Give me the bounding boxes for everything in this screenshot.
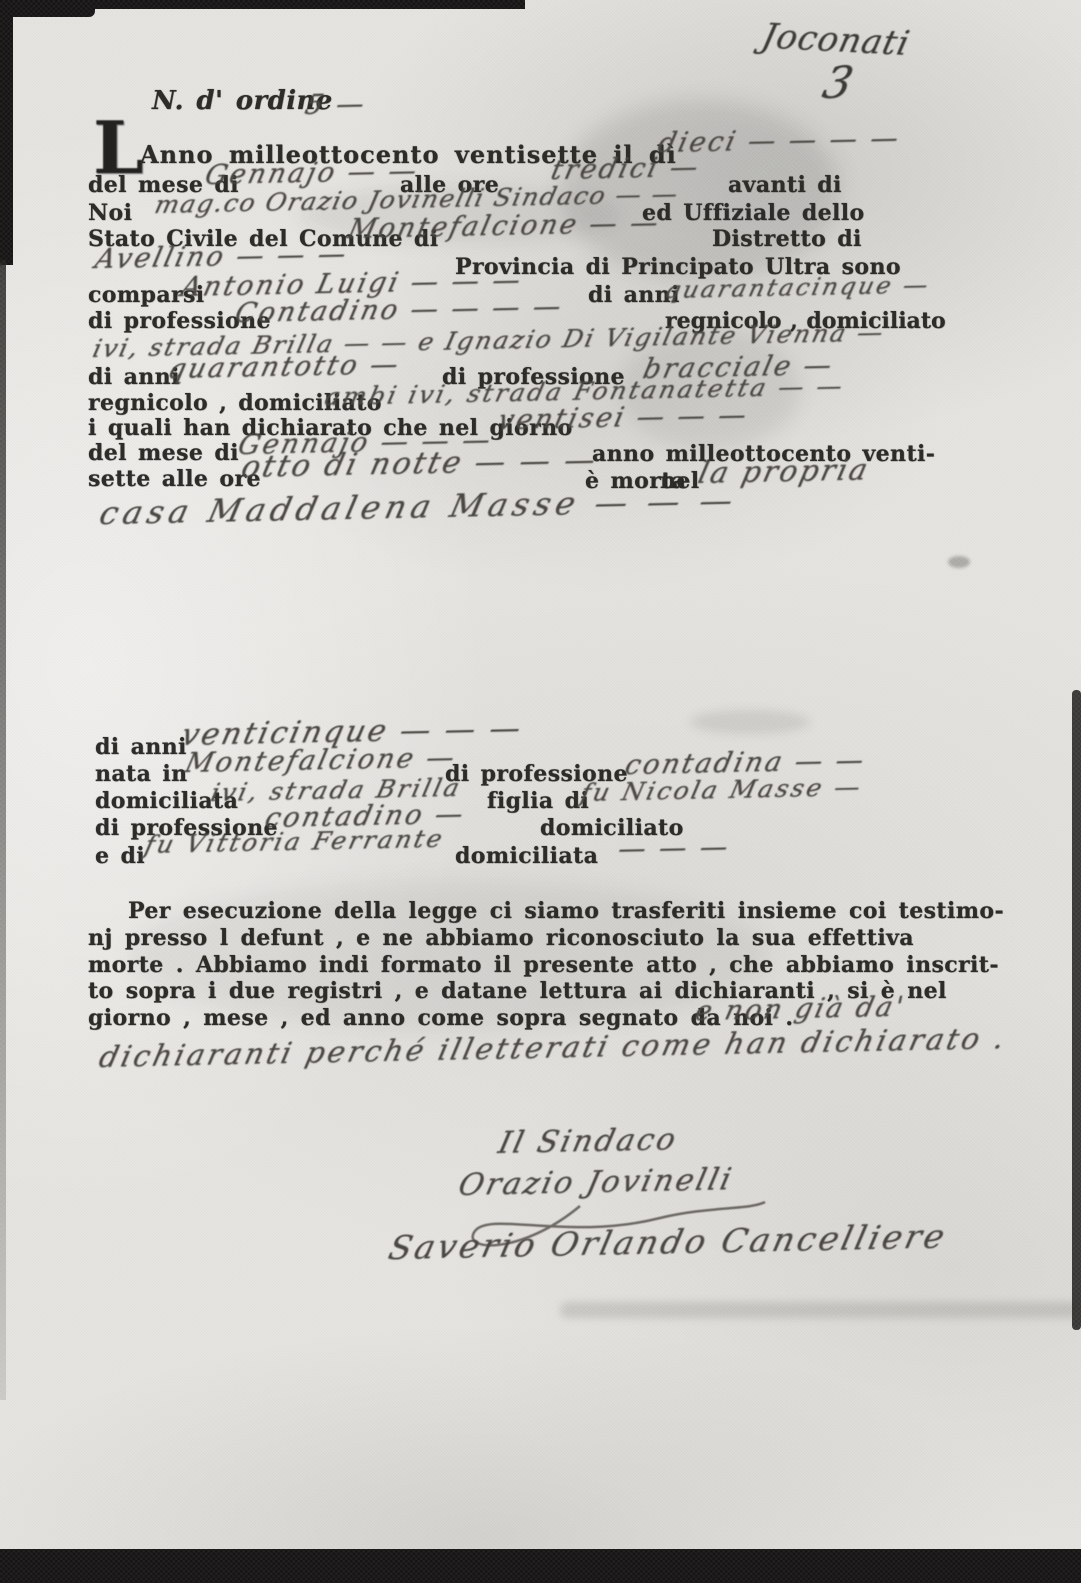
ink-stain	[690, 710, 810, 734]
corner-annotation-page-number: 3	[818, 57, 860, 109]
act-line3-uffiziale: ed Uffiziale dello	[642, 200, 865, 226]
ink-stain	[560, 1302, 1080, 1318]
death-record-scan-page: Joconati 3 N. d' ordine 5 — L Anno mille…	[0, 0, 1081, 1583]
scan-edge-left	[0, 0, 13, 265]
ink-stain	[948, 556, 970, 568]
scan-edge-right	[1072, 690, 1081, 1330]
signature-mayor: Orazio Jovinelli	[455, 1162, 737, 1203]
act-line3-noi-label: Noi	[88, 200, 132, 226]
act-line13-sette-ore: sette alle ore	[88, 466, 261, 492]
closing-handwritten-addition: e non già da'	[692, 992, 908, 1027]
signature-title-sindaco: Il Sindaco	[495, 1122, 681, 1161]
act-line2-avanti: avanti di	[728, 172, 842, 198]
act-line13-deathhour-handwritten: otto di notte — — —	[238, 443, 601, 485]
act-line4-distretto: Distretto di	[712, 226, 862, 252]
closing-paragraph-line3: morte . Abbiamo indi formato il presente…	[88, 952, 999, 978]
closing-paragraph-line2: nj presso l defunt , e ne abbiamo ricono…	[88, 925, 914, 951]
act-line9-age2-handwritten: quarantotto —	[165, 349, 404, 385]
act-line6-age1-handwritten: quarantacinque —	[662, 270, 933, 304]
deceased-mother-handwritten: fu Vittoria Ferrante	[142, 824, 447, 859]
corner-annotation-name: Joconati	[758, 16, 914, 64]
scan-edge-bottom	[0, 1549, 1081, 1583]
closing-paragraph-line1: Per esecuzione della legge ci siamo tras…	[128, 898, 1004, 924]
act-line4-comune-handwritten: Montefalcione — —	[345, 208, 664, 245]
deceased-edi-label: e di	[95, 843, 145, 869]
deceased-mother-dashes-handwritten: — — —	[615, 832, 733, 865]
deceased-figlia-label: figlia di	[487, 788, 589, 814]
act-line11-deathday-handwritten: ventisei — — —	[495, 400, 752, 436]
scan-edge-top-left-blob	[0, 0, 95, 17]
signature-chancellor: Saverio Orlando Cancelliere	[385, 1216, 951, 1267]
act-line7-profession1-handwritten: Contadino — — — —	[232, 291, 566, 329]
scan-edge-left-lower	[0, 260, 6, 1400]
deceased-anni-label: di anni	[95, 734, 187, 760]
deceased-nata-label: nata in	[95, 761, 187, 787]
deceased-father-handwritten: fu Nicola Masse —	[578, 772, 866, 807]
act-line12-mese-label: del mese di	[88, 440, 239, 466]
deceased-mother-domiciliata-label: domiciliata	[455, 843, 598, 869]
order-number-value: 5 —	[302, 89, 370, 121]
